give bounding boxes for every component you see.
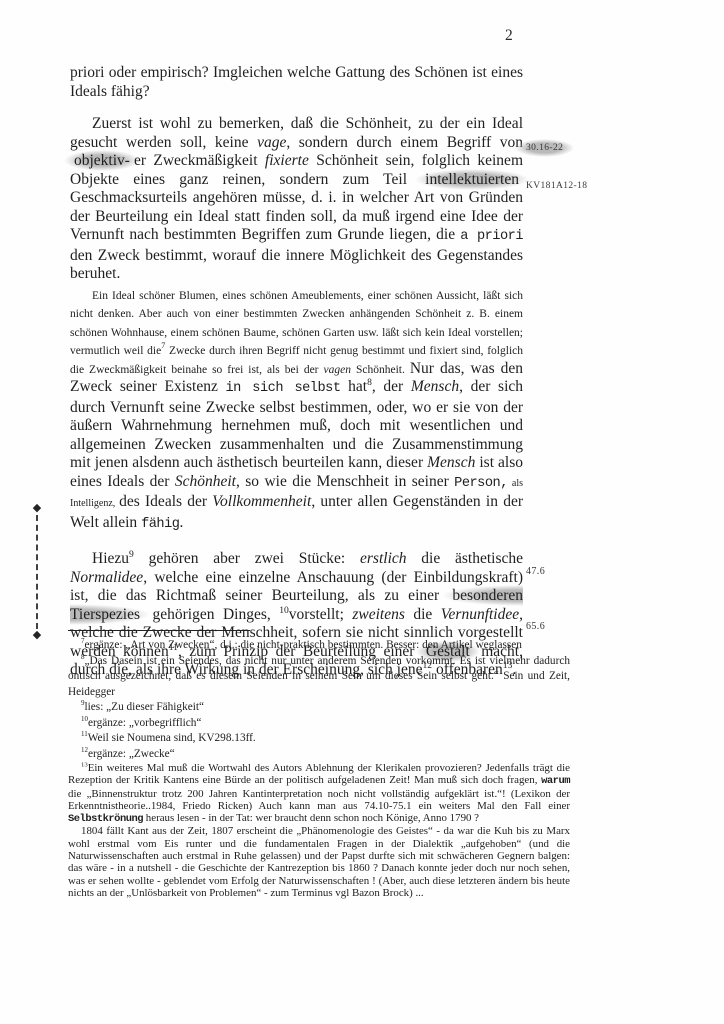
footnote: 10ergänze: „vorbegrifflich“ bbox=[68, 716, 570, 732]
text-segment: warum bbox=[541, 775, 570, 787]
footnote: 1804 fällt Kant aus der Zeit, 1807 ersch… bbox=[68, 825, 570, 899]
document-page: 2 priori oder empirisch? Imgleichen welc… bbox=[0, 0, 724, 1024]
highlight-ellipse: objektiv- bbox=[64, 150, 140, 171]
footnote-marker: 11 bbox=[81, 730, 88, 738]
footnote-marker: 10 bbox=[81, 715, 88, 723]
text-segment: 8 bbox=[367, 377, 372, 388]
text-segment: 9 bbox=[129, 549, 134, 560]
margin-note: KV181A12-18 bbox=[526, 181, 587, 191]
footnote: 13Ein weiteres Mal muß die Wortwahl des … bbox=[68, 762, 570, 825]
footnote-marker: 9 bbox=[81, 699, 85, 707]
main-text-column: priori oder empirisch? Imgleichen welche… bbox=[70, 64, 570, 680]
footnote: 8„Das Dasein ist ein Seiendes, das nicht… bbox=[68, 654, 570, 701]
text-segment: zweitens bbox=[352, 606, 405, 623]
footnotes: 7ergänze: „Art von Zwecken“, d.i.: die n… bbox=[68, 638, 570, 899]
text-segment: Schönheit bbox=[175, 473, 236, 490]
text-segment: in sich selbst bbox=[226, 381, 341, 396]
margin-dashed-rule: ◆ ◆ bbox=[29, 504, 45, 640]
footnote-marker: 8 bbox=[81, 653, 85, 661]
paragraph: Ein Ideal schöner Blumen, eines schönen … bbox=[70, 286, 570, 535]
text-segment: Vernunftidee bbox=[441, 606, 519, 623]
text-segment: Vollkommenheit bbox=[212, 493, 311, 510]
text-segment: fixierte bbox=[265, 152, 309, 169]
margin-note: 47.6 bbox=[526, 566, 545, 577]
diamond-icon: ◆ bbox=[33, 631, 41, 640]
footnote: 12ergänze: „Zwecke“ bbox=[68, 747, 570, 763]
text-segment: erstlich bbox=[360, 550, 407, 567]
text-segment: Mensch bbox=[411, 378, 459, 395]
text-segment: 10 bbox=[279, 604, 289, 615]
footnote-block: 7ergänze: „Art von Zwecken“, d.i.: die n… bbox=[68, 630, 570, 899]
text-segment: vagen bbox=[324, 364, 351, 376]
margin-note: 30.16-22 bbox=[515, 139, 574, 157]
text-segment: Normalidee bbox=[70, 569, 143, 586]
text-segment: Person, bbox=[454, 476, 508, 491]
dashed-line bbox=[36, 515, 38, 629]
footnote-marker: 7 bbox=[81, 637, 85, 645]
text-segment: Schönheit. bbox=[351, 364, 410, 376]
page-number: 2 bbox=[505, 27, 513, 45]
paragraph: Zuerst ist wohl zu bemerken, daß die Sch… bbox=[70, 115, 570, 284]
footnote-separator bbox=[68, 630, 250, 631]
footnote-marker: 13 bbox=[81, 761, 88, 768]
diamond-icon: ◆ bbox=[33, 504, 41, 513]
paragraph: priori oder empirisch? Imgleichen welche… bbox=[70, 64, 570, 101]
text-segment: vage bbox=[257, 134, 286, 151]
text-segment: Mensch bbox=[427, 454, 475, 471]
text-segment: a priori bbox=[460, 229, 523, 244]
highlight-ellipse: intellektuierten bbox=[415, 169, 529, 190]
footnote: 9lies: „Zu dieser Fähigkeit“ bbox=[68, 700, 570, 716]
footnote: 11Weil sie Noumena sind, KV298.13ff. bbox=[68, 731, 570, 747]
text-segment: Selbstkrönung bbox=[68, 813, 143, 825]
footnote-marker: 12 bbox=[81, 746, 88, 754]
text-segment: fähig bbox=[141, 517, 179, 532]
footnote: 7ergänze: „Art von Zwecken“, d.i.: die n… bbox=[68, 638, 570, 654]
